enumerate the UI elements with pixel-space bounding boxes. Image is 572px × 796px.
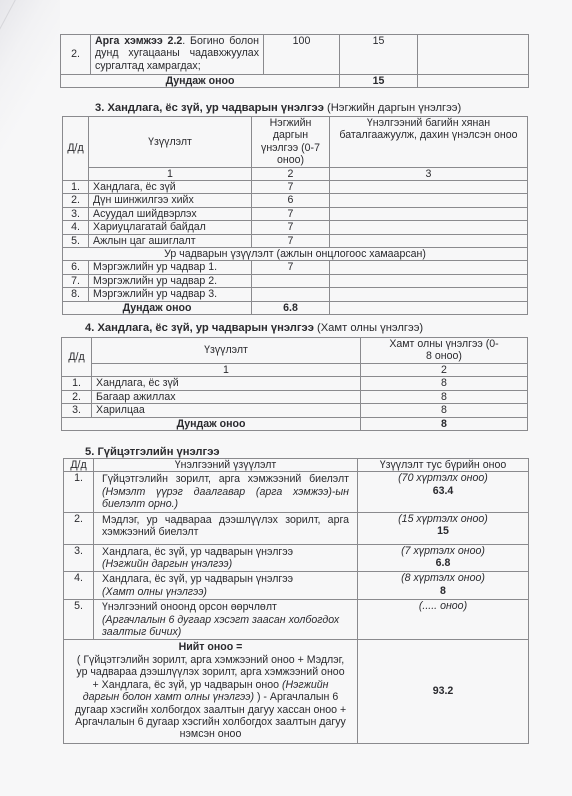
table-row: 2. Арга хэмжээ 2.2. Богино болон дунд ху… bbox=[61, 35, 529, 75]
average-label: Дундаж оноо bbox=[62, 417, 361, 430]
row-score-cell: (7 хүртэлх оноо)6.8 bbox=[358, 544, 529, 572]
average-value: 6.8 bbox=[252, 301, 330, 314]
table-top: 2. Арга хэмжээ 2.2. Богино болон дунд ху… bbox=[60, 34, 529, 88]
header-row: Д/д Үзүүлэлт Хамт олны үнэлгээ (0-8 оноо… bbox=[62, 338, 528, 364]
row-number: 2. bbox=[62, 390, 92, 403]
section3-title-bold: 3. Хандлага, ёс зүй, ур чадварын үнэлгээ bbox=[95, 102, 324, 114]
average-row: Дундаж оноо 8 bbox=[62, 417, 528, 430]
table-row: 3. Хандлага, ёс зүй, ур чадварын үнэлгээ… bbox=[64, 544, 529, 572]
table-row: 2.Багаар ажиллах8 bbox=[62, 390, 528, 403]
header-score: Үзүүлэлт тус бүрийн оноо bbox=[358, 459, 529, 472]
section3-title: 3. Хандлага, ёс зүй, ур чадварын үнэлгээ… bbox=[95, 102, 461, 114]
row-note: (Нэгжийн даргын үнэлгээ) bbox=[102, 558, 349, 570]
table-row: 1.Хандлага, ёс зүй8 bbox=[62, 377, 528, 390]
row-max: (15 хүртэлх оноо) bbox=[362, 513, 524, 525]
row-recheck bbox=[330, 274, 528, 287]
total-formula-cell: Нийт оноо = ( Гүйцэтгэлийн зорилт, арга … bbox=[64, 640, 358, 743]
row-score: 7 bbox=[252, 221, 330, 234]
row-label: Багаар ажиллах bbox=[92, 390, 361, 403]
header-num: Д/д bbox=[62, 338, 92, 377]
header-criteria: Үзүүлэлт bbox=[89, 117, 252, 168]
row-label: Хандлага, ёс зүй bbox=[92, 377, 361, 390]
row-value: 6.8 bbox=[362, 557, 524, 569]
table-row: 8.Мэргэжлийн ур чадвар 3. bbox=[63, 288, 528, 301]
row-note: (Аргачлалын 6 дугаар хэсэгт заасан холбо… bbox=[102, 614, 349, 639]
row-number: 1. bbox=[62, 377, 92, 390]
total-formula: ( Гүйцэтгэлийн зорилт, арга хэмжээний он… bbox=[74, 654, 347, 741]
row-criteria: Үнэлгээний оноонд орсон өөрчлөлт(Аргачла… bbox=[94, 600, 358, 640]
average-value: 15 bbox=[340, 75, 418, 88]
section4-table: Д/д Үзүүлэлт Хамт олны үнэлгээ (0-8 оноо… bbox=[61, 337, 528, 431]
row-number: 2. bbox=[64, 512, 94, 544]
row-score: 7 bbox=[252, 234, 330, 247]
row-score bbox=[252, 288, 330, 301]
row-score-cell: (..... оноо) bbox=[358, 600, 529, 640]
row-number: 3. bbox=[62, 404, 92, 417]
page-fold-line bbox=[0, 0, 21, 70]
empty-cell bbox=[330, 301, 528, 314]
row-number: 3. bbox=[64, 544, 94, 572]
col-number: 1 bbox=[92, 364, 361, 377]
row-score: 7 bbox=[252, 207, 330, 220]
column-numbers-row: 1 2 3 bbox=[63, 167, 528, 180]
row-label: Мэргэжлийн ур чадвар 2. bbox=[89, 274, 252, 287]
table-row: 3.Харилцаа8 bbox=[62, 404, 528, 417]
row-label: Мэргэжлийн ур чадвар 3. bbox=[89, 288, 252, 301]
row-number: 6. bbox=[63, 261, 89, 274]
row-number: 3. bbox=[63, 207, 89, 220]
table-row: 3.Асуудал шийдвэрлэх7 bbox=[63, 207, 528, 220]
row-score: 8 bbox=[361, 390, 528, 403]
row-label: Мэргэжлийн ур чадвар 1. bbox=[89, 261, 252, 274]
table-row: 2. Мэдлэг, ур чадвараа дээшлүүлэх зорилт… bbox=[64, 512, 529, 544]
header-team: Хамт олны үнэлгээ (0-8 оноо) bbox=[361, 338, 528, 364]
row-recheck bbox=[330, 261, 528, 274]
header-num: Д/д bbox=[64, 459, 94, 472]
section5-table: Д/д Үнэлгээний үзүүлэлт Үзүүлэлт тус бүр… bbox=[63, 458, 529, 744]
row-score: 8 bbox=[361, 377, 528, 390]
total-row: Нийт оноо = ( Гүйцэтгэлийн зорилт, арга … bbox=[64, 640, 529, 743]
row-note: (Хамт олны үнэлгээ) bbox=[102, 586, 349, 598]
row-recheck bbox=[330, 234, 528, 247]
col-number: 3 bbox=[330, 167, 528, 180]
row-score: 8 bbox=[361, 404, 528, 417]
col-number: 2 bbox=[252, 167, 330, 180]
table-row: 7.Мэргэжлийн ур чадвар 2. bbox=[63, 274, 528, 287]
row-value: 63.4 bbox=[362, 485, 524, 497]
row-label: Харилцаа bbox=[92, 404, 361, 417]
table-row: 4.Хариуцлагатай байдал7 bbox=[63, 221, 528, 234]
row-label: Хандлага, ёс зүй bbox=[89, 181, 252, 194]
row-number: 2. bbox=[61, 35, 91, 75]
row-title-bold: Арга хэмжээ 2.2 bbox=[95, 35, 182, 47]
row-value: 15 bbox=[362, 525, 524, 537]
row-criteria: Мэдлэг, ур чадвараа дээшлүүлэх зорилт, а… bbox=[94, 512, 358, 544]
table-row: 4. Хандлага, ёс зүй, ур чадварын үнэлгээ… bbox=[64, 572, 529, 600]
row-label: Ажлын цаг ашиглалт bbox=[89, 234, 252, 247]
row-recheck bbox=[330, 181, 528, 194]
header-criteria: Үзүүлэлт bbox=[92, 338, 361, 364]
row-max: (8 хүртэлх оноо) bbox=[362, 572, 524, 584]
header-manager: Нэгжийн даргын үнэлгээ (0-7 оноо) bbox=[252, 117, 330, 168]
row-score: 6 bbox=[252, 194, 330, 207]
row-label: Хандлага, ёс зүй, ур чадварын үнэлгээ bbox=[102, 546, 349, 558]
col-number: 1 bbox=[89, 167, 252, 180]
row-label: Асуудал шийдвэрлэх bbox=[89, 207, 252, 220]
row-label: Гүйцэтгэлийн зорилт, арга хэмжээний биел… bbox=[102, 473, 349, 485]
row-number: 4. bbox=[64, 572, 94, 600]
row-label: Дүн шинжилгээ хийх bbox=[89, 194, 252, 207]
section3-table: Д/д Үзүүлэлт Нэгжийн даргын үнэлгээ (0-7… bbox=[62, 116, 528, 315]
row-number: 4. bbox=[63, 221, 89, 234]
section3-title-rest: (Нэгжийн даргын үнэлгээ) bbox=[324, 102, 461, 114]
row-number: 2. bbox=[63, 194, 89, 207]
row-number: 8. bbox=[63, 288, 89, 301]
row-criteria: Гүйцэтгэлийн зорилт, арга хэмжээний биел… bbox=[94, 472, 358, 512]
header-row: Д/д Үзүүлэлт Нэгжийн даргын үнэлгээ (0-7… bbox=[63, 117, 528, 168]
row-recheck bbox=[330, 207, 528, 220]
subheader: Ур чадварын үзүүлэлт (ажлын онцлогоос ха… bbox=[63, 248, 528, 261]
row-score-cell: (8 хүртэлх оноо)8 bbox=[358, 572, 529, 600]
row-score: 7 bbox=[252, 261, 330, 274]
table-row: 5. Үнэлгээний оноонд орсон өөрчлөлт(Арга… bbox=[64, 600, 529, 640]
row-recheck bbox=[330, 221, 528, 234]
average-label: Дундаж оноо bbox=[63, 301, 252, 314]
section4-title-bold: 4. Хандлага, ёс зүй, ур чадварын үнэлгээ bbox=[85, 322, 314, 334]
table-row: 5.Ажлын цаг ашиглалт7 bbox=[63, 234, 528, 247]
row-criteria: Хандлага, ёс зүй, ур чадварын үнэлгээ(Ха… bbox=[94, 572, 358, 600]
row-score-cell: (70 хүртэлх оноо)63.4 bbox=[358, 472, 529, 512]
row-value: 8 bbox=[362, 585, 524, 597]
average-label: Дундаж оноо bbox=[61, 75, 340, 88]
row-max: (70 хүртэлх оноо) bbox=[362, 472, 524, 484]
section5-title: 5. Гүйцэтгэлийн үнэлгээ bbox=[85, 446, 220, 458]
table-row: 2.Дүн шинжилгээ хийх6 bbox=[63, 194, 528, 207]
table-row: 1.Хандлага, ёс зүй7 bbox=[63, 181, 528, 194]
col-number: 2 bbox=[361, 364, 528, 377]
empty-cell bbox=[418, 75, 529, 88]
row-max: (7 хүртэлх оноо) bbox=[362, 545, 524, 557]
total-title: Нийт оноо = bbox=[74, 641, 347, 653]
column-numbers-row: 1 2 bbox=[62, 364, 528, 377]
page-fold-shadow bbox=[0, 0, 60, 160]
table-row: 6.Мэргэжлийн ур чадвар 1.7 bbox=[63, 261, 528, 274]
row-number: 1. bbox=[63, 181, 89, 194]
row-title: Арга хэмжээ 2.2. Богино болон дунд хугац… bbox=[91, 35, 264, 75]
average-row: Дундаж оноо 6.8 bbox=[63, 301, 528, 314]
section4-title-rest: (Хамт олны үнэлгээ) bbox=[314, 322, 423, 334]
subheader-row: Ур чадварын үзүүлэлт (ажлын онцлогоос ха… bbox=[63, 248, 528, 261]
row-label: Хариуцлагатай байдал bbox=[89, 221, 252, 234]
header-row: Д/д Үнэлгээний үзүүлэлт Үзүүлэлт тус бүр… bbox=[64, 459, 529, 472]
row-criteria: Хандлага, ёс зүй, ур чадварын үнэлгээ(Нэ… bbox=[94, 544, 358, 572]
section4-title: 4. Хандлага, ёс зүй, ур чадварын үнэлгээ… bbox=[85, 322, 423, 334]
average-value: 8 bbox=[361, 417, 528, 430]
header-team: Үнэлгээний багийн хянан баталгаажуулж, д… bbox=[330, 117, 528, 168]
row-number: 5. bbox=[63, 234, 89, 247]
row-score: 7 bbox=[252, 181, 330, 194]
row-col-c bbox=[418, 35, 529, 75]
average-row: Дундаж оноо 15 bbox=[61, 75, 529, 88]
row-label: Хандлага, ёс зүй, ур чадварын үнэлгээ bbox=[102, 573, 349, 585]
row-number: 5. bbox=[64, 600, 94, 640]
row-number: 7. bbox=[63, 274, 89, 287]
total-value: 93.2 bbox=[358, 640, 529, 743]
row-score bbox=[252, 274, 330, 287]
row-col-b: 15 bbox=[340, 35, 418, 75]
header-num: Д/д bbox=[63, 117, 89, 181]
row-recheck bbox=[330, 288, 528, 301]
row-label: Үнэлгээний оноонд орсон өөрчлөлт bbox=[102, 601, 349, 613]
row-score-cell: (15 хүртэлх оноо)15 bbox=[358, 512, 529, 544]
row-max: (..... оноо) bbox=[362, 600, 524, 612]
row-note: (Нэмэлт үүрэг даалгавар (арга хэмжээ)-ын… bbox=[102, 486, 349, 510]
table-row: 1. Гүйцэтгэлийн зорилт, арга хэмжээний б… bbox=[64, 472, 529, 512]
header-criteria: Үнэлгээний үзүүлэлт bbox=[94, 459, 358, 472]
row-label: Мэдлэг, ур чадвараа дээшлүүлэх зорилт, а… bbox=[102, 514, 349, 538]
row-col-a: 100 bbox=[264, 35, 340, 75]
row-recheck bbox=[330, 194, 528, 207]
row-number: 1. bbox=[64, 472, 94, 512]
